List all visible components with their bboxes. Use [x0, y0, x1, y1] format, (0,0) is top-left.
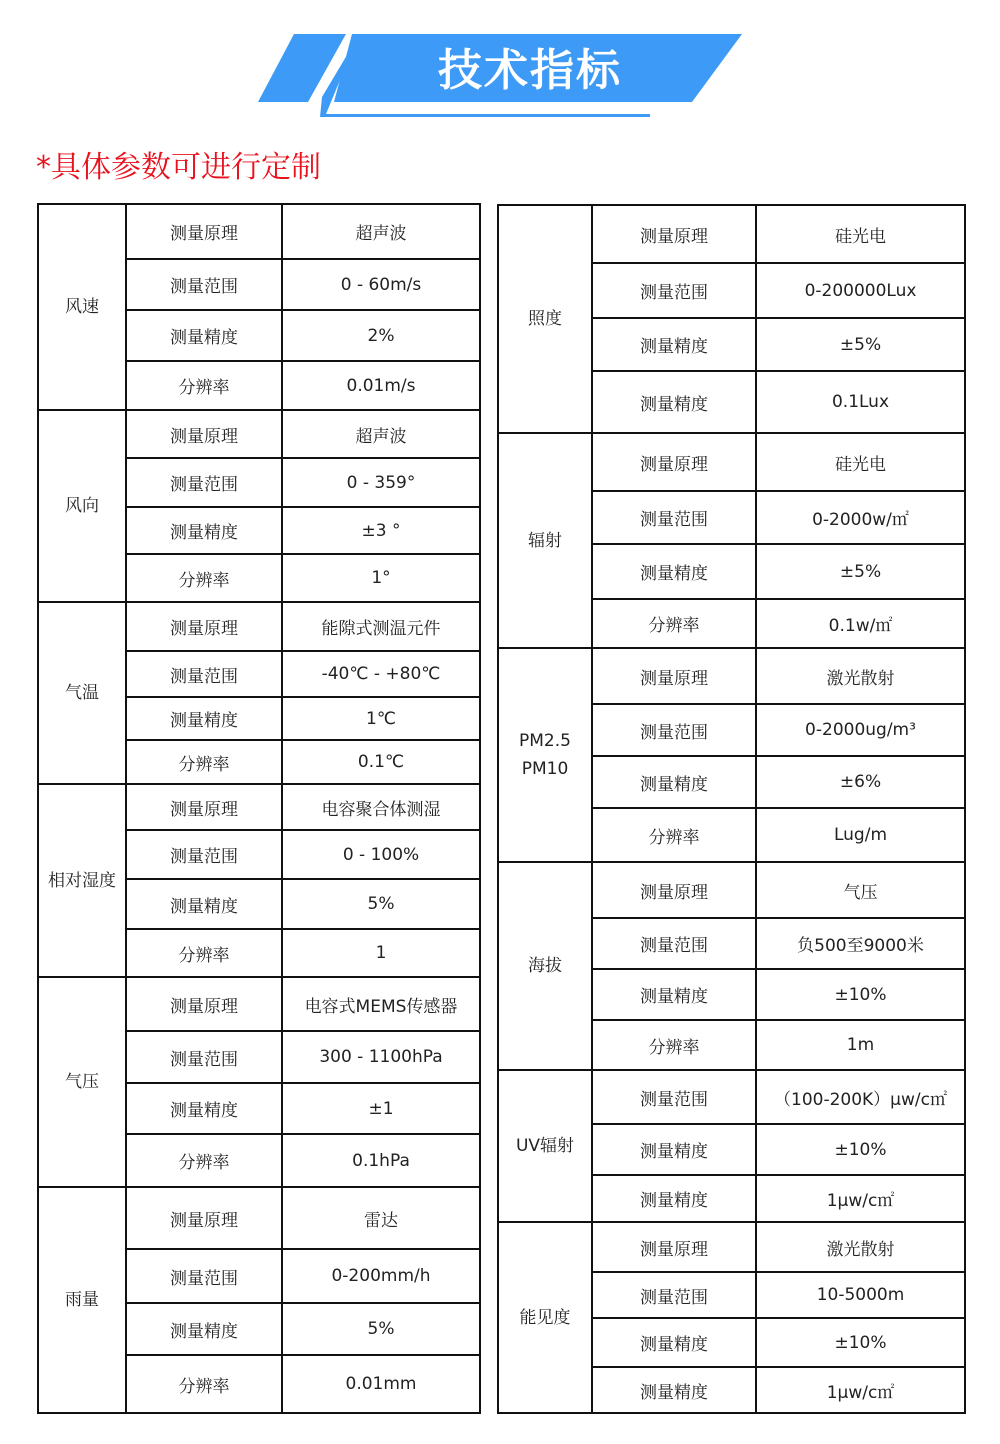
table-row: 能见度测量原理激光散射 — [498, 1222, 965, 1272]
parameter-label-cell: 分辨率 — [126, 361, 282, 410]
parameter-value-cell: 10-5000m — [756, 1272, 965, 1318]
parameter-value-cell: 300 - 1100hPa — [282, 1031, 480, 1083]
parameter-value-cell: 0-2000w/㎡ — [756, 491, 965, 544]
parameter-value-cell: 硅光电 — [756, 205, 965, 263]
parameter-label-cell: 测量范围 — [592, 491, 756, 544]
parameter-label-cell: 分辨率 — [126, 1134, 282, 1187]
parameter-label-cell: 测量原理 — [126, 602, 282, 651]
parameter-label-cell: 测量精度 — [592, 544, 756, 599]
spec-table-right-body: 照度测量原理硅光电测量范围0-200000Lux测量精度±5%测量精度0.1Lu… — [498, 205, 965, 1413]
table-row: 气压测量原理电容式MEMS传感器 — [38, 977, 480, 1031]
parameter-label-cell: 测量范围 — [592, 1070, 756, 1124]
parameter-label-cell: 测量精度 — [592, 371, 756, 433]
parameter-value-cell: 0 - 60m/s — [282, 259, 480, 310]
parameter-value-cell: ±5% — [756, 318, 965, 371]
parameter-label-cell: 测量范围 — [126, 651, 282, 697]
parameter-value-cell: 0.01mm — [282, 1355, 480, 1413]
parameter-value-cell: ±6% — [756, 756, 965, 808]
category-cell: 相对湿度 — [38, 784, 126, 977]
parameter-value-cell: 超声波 — [282, 204, 480, 259]
parameter-label-cell: 测量精度 — [126, 879, 282, 929]
parameter-label-cell: 测量原理 — [592, 205, 756, 263]
parameter-value-cell: 1℃ — [282, 697, 480, 740]
parameter-value-cell: 1m — [756, 1020, 965, 1070]
parameter-value-cell: ±1 — [282, 1083, 480, 1134]
table-row: 照度测量原理硅光电 — [498, 205, 965, 263]
parameter-label-cell: 测量原理 — [126, 410, 282, 458]
parameter-value-cell: 0.1Lux — [756, 371, 965, 433]
parameter-value-cell: 0-2000ug/m³ — [756, 704, 965, 756]
parameter-label-cell: 测量精度 — [126, 507, 282, 554]
parameter-value-cell: 雷达 — [282, 1187, 480, 1249]
parameter-value-cell: 2% — [282, 310, 480, 361]
parameter-label-cell: 测量精度 — [126, 310, 282, 361]
parameter-value-cell: ±5% — [756, 544, 965, 599]
parameter-label-cell: 分辨率 — [592, 1020, 756, 1070]
category-cell: 能见度 — [498, 1222, 592, 1413]
table-row: 风向测量原理超声波 — [38, 410, 480, 458]
parameter-value-cell: 0-200000Lux — [756, 263, 965, 318]
table-row: 风速测量原理超声波 — [38, 204, 480, 259]
parameter-label-cell: 分辨率 — [592, 599, 756, 648]
table-row: 相对湿度测量原理电容聚合体测湿 — [38, 784, 480, 830]
parameter-label-cell: 分辨率 — [126, 554, 282, 602]
parameter-label-cell: 测量范围 — [126, 1031, 282, 1083]
parameter-value-cell: 0.1℃ — [282, 740, 480, 784]
parameter-label-cell: 测量精度 — [592, 1124, 756, 1175]
parameter-value-cell: 5% — [282, 1303, 480, 1355]
parameter-label-cell: 分辨率 — [126, 1355, 282, 1413]
parameter-label-cell: 测量范围 — [126, 830, 282, 879]
parameter-label-cell: 测量原理 — [592, 862, 756, 918]
table-row: 雨量测量原理雷达 — [38, 1187, 480, 1249]
parameter-label-cell: 测量范围 — [126, 1249, 282, 1303]
parameter-value-cell: 0 - 359° — [282, 458, 480, 507]
parameter-value-cell: 0-200mm/h — [282, 1249, 480, 1303]
parameter-value-cell: -40℃ - +80℃ — [282, 651, 480, 697]
parameter-value-cell: 能隙式测温元件 — [282, 602, 480, 651]
parameter-label-cell: 测量范围 — [592, 704, 756, 756]
category-cell: 雨量 — [38, 1187, 126, 1413]
table-row: 气温测量原理能隙式测温元件 — [38, 602, 480, 651]
category-cell: UV辐射 — [498, 1070, 592, 1222]
category-cell: 风向 — [38, 410, 126, 602]
parameter-label-cell: 测量原理 — [126, 977, 282, 1031]
parameter-label-cell: 测量范围 — [126, 458, 282, 507]
parameter-label-cell: 测量精度 — [592, 1367, 756, 1413]
parameter-value-cell: 1° — [282, 554, 480, 602]
parameter-value-cell: 超声波 — [282, 410, 480, 458]
parameter-value-cell: 1μw/c㎡ — [756, 1367, 965, 1413]
category-cell: 气压 — [38, 977, 126, 1187]
spec-table-right: 照度测量原理硅光电测量范围0-200000Lux测量精度±5%测量精度0.1Lu… — [497, 204, 966, 1414]
parameter-label-cell: 测量精度 — [592, 969, 756, 1020]
category-cell: 海拔 — [498, 862, 592, 1070]
category-cell: 风速 — [38, 204, 126, 410]
parameter-value-cell: 0 - 100% — [282, 830, 480, 879]
parameter-value-cell: 0.1hPa — [282, 1134, 480, 1187]
table-row: PM2.5PM10测量原理激光散射 — [498, 648, 965, 704]
parameter-value-cell: 0.01m/s — [282, 361, 480, 410]
parameter-label-cell: 测量精度 — [126, 1083, 282, 1134]
spec-table-left: 风速测量原理超声波测量范围0 - 60m/s测量精度2%分辨率0.01m/s风向… — [37, 203, 481, 1414]
parameter-value-cell: 电容式MEMS传感器 — [282, 977, 480, 1031]
parameter-label-cell: 测量原理 — [592, 433, 756, 491]
parameter-label-cell: 测量精度 — [592, 756, 756, 808]
parameter-label-cell: 测量原理 — [592, 1222, 756, 1272]
customization-note: *具体参数可进行定制 — [36, 148, 321, 188]
table-row: 海拔测量原理气压 — [498, 862, 965, 918]
parameter-label-cell: 测量精度 — [126, 697, 282, 740]
category-cell: 辐射 — [498, 433, 592, 648]
parameter-value-cell: 5% — [282, 879, 480, 929]
category-cell: 气温 — [38, 602, 126, 784]
parameter-value-cell: （100-200K）μw/c㎡ — [756, 1070, 965, 1124]
parameter-value-cell: ±10% — [756, 1318, 965, 1367]
parameter-label-cell: 测量范围 — [592, 263, 756, 318]
parameter-label-cell: 测量原理 — [126, 204, 282, 259]
parameter-label-cell: 测量范围 — [592, 1272, 756, 1318]
parameter-value-cell: 激光散射 — [756, 1222, 965, 1272]
parameter-label-cell: 测量精度 — [592, 318, 756, 371]
parameter-value-cell: ±10% — [756, 1124, 965, 1175]
parameter-value-cell: 硅光电 — [756, 433, 965, 491]
category-cell: 照度 — [498, 205, 592, 433]
parameter-label-cell: 测量精度 — [126, 1303, 282, 1355]
section-title: 技术指标 — [330, 38, 730, 104]
parameter-label-cell: 测量原理 — [126, 1187, 282, 1249]
parameter-value-cell: 1 — [282, 929, 480, 977]
parameter-value-cell: 1μw/c㎡ — [756, 1175, 965, 1222]
parameter-value-cell: 电容聚合体测湿 — [282, 784, 480, 830]
category-cell: PM2.5PM10 — [498, 648, 592, 862]
parameter-label-cell: 分辨率 — [126, 929, 282, 977]
parameter-label-cell: 测量精度 — [592, 1175, 756, 1222]
parameter-value-cell: Lug/m — [756, 808, 965, 862]
parameter-label-cell: 测量原理 — [126, 784, 282, 830]
parameter-label-cell: 测量原理 — [592, 648, 756, 704]
table-row: 辐射测量原理硅光电 — [498, 433, 965, 491]
parameter-label-cell: 测量范围 — [592, 918, 756, 969]
table-row: UV辐射测量范围（100-200K）μw/c㎡ — [498, 1070, 965, 1124]
parameter-value-cell: 气压 — [756, 862, 965, 918]
parameter-label-cell: 测量精度 — [592, 1318, 756, 1367]
parameter-value-cell: ±10% — [756, 969, 965, 1020]
section-banner: 技术指标 — [0, 0, 1000, 130]
parameter-label-cell: 分辨率 — [126, 740, 282, 784]
spec-table-left-body: 风速测量原理超声波测量范围0 - 60m/s测量精度2%分辨率0.01m/s风向… — [38, 204, 480, 1413]
parameter-value-cell: ±3 ° — [282, 507, 480, 554]
parameter-label-cell: 分辨率 — [592, 808, 756, 862]
parameter-value-cell: 0.1w/㎡ — [756, 599, 965, 648]
parameter-value-cell: 激光散射 — [756, 648, 965, 704]
parameter-label-cell: 测量范围 — [126, 259, 282, 310]
parameter-value-cell: 负500至9000米 — [756, 918, 965, 969]
